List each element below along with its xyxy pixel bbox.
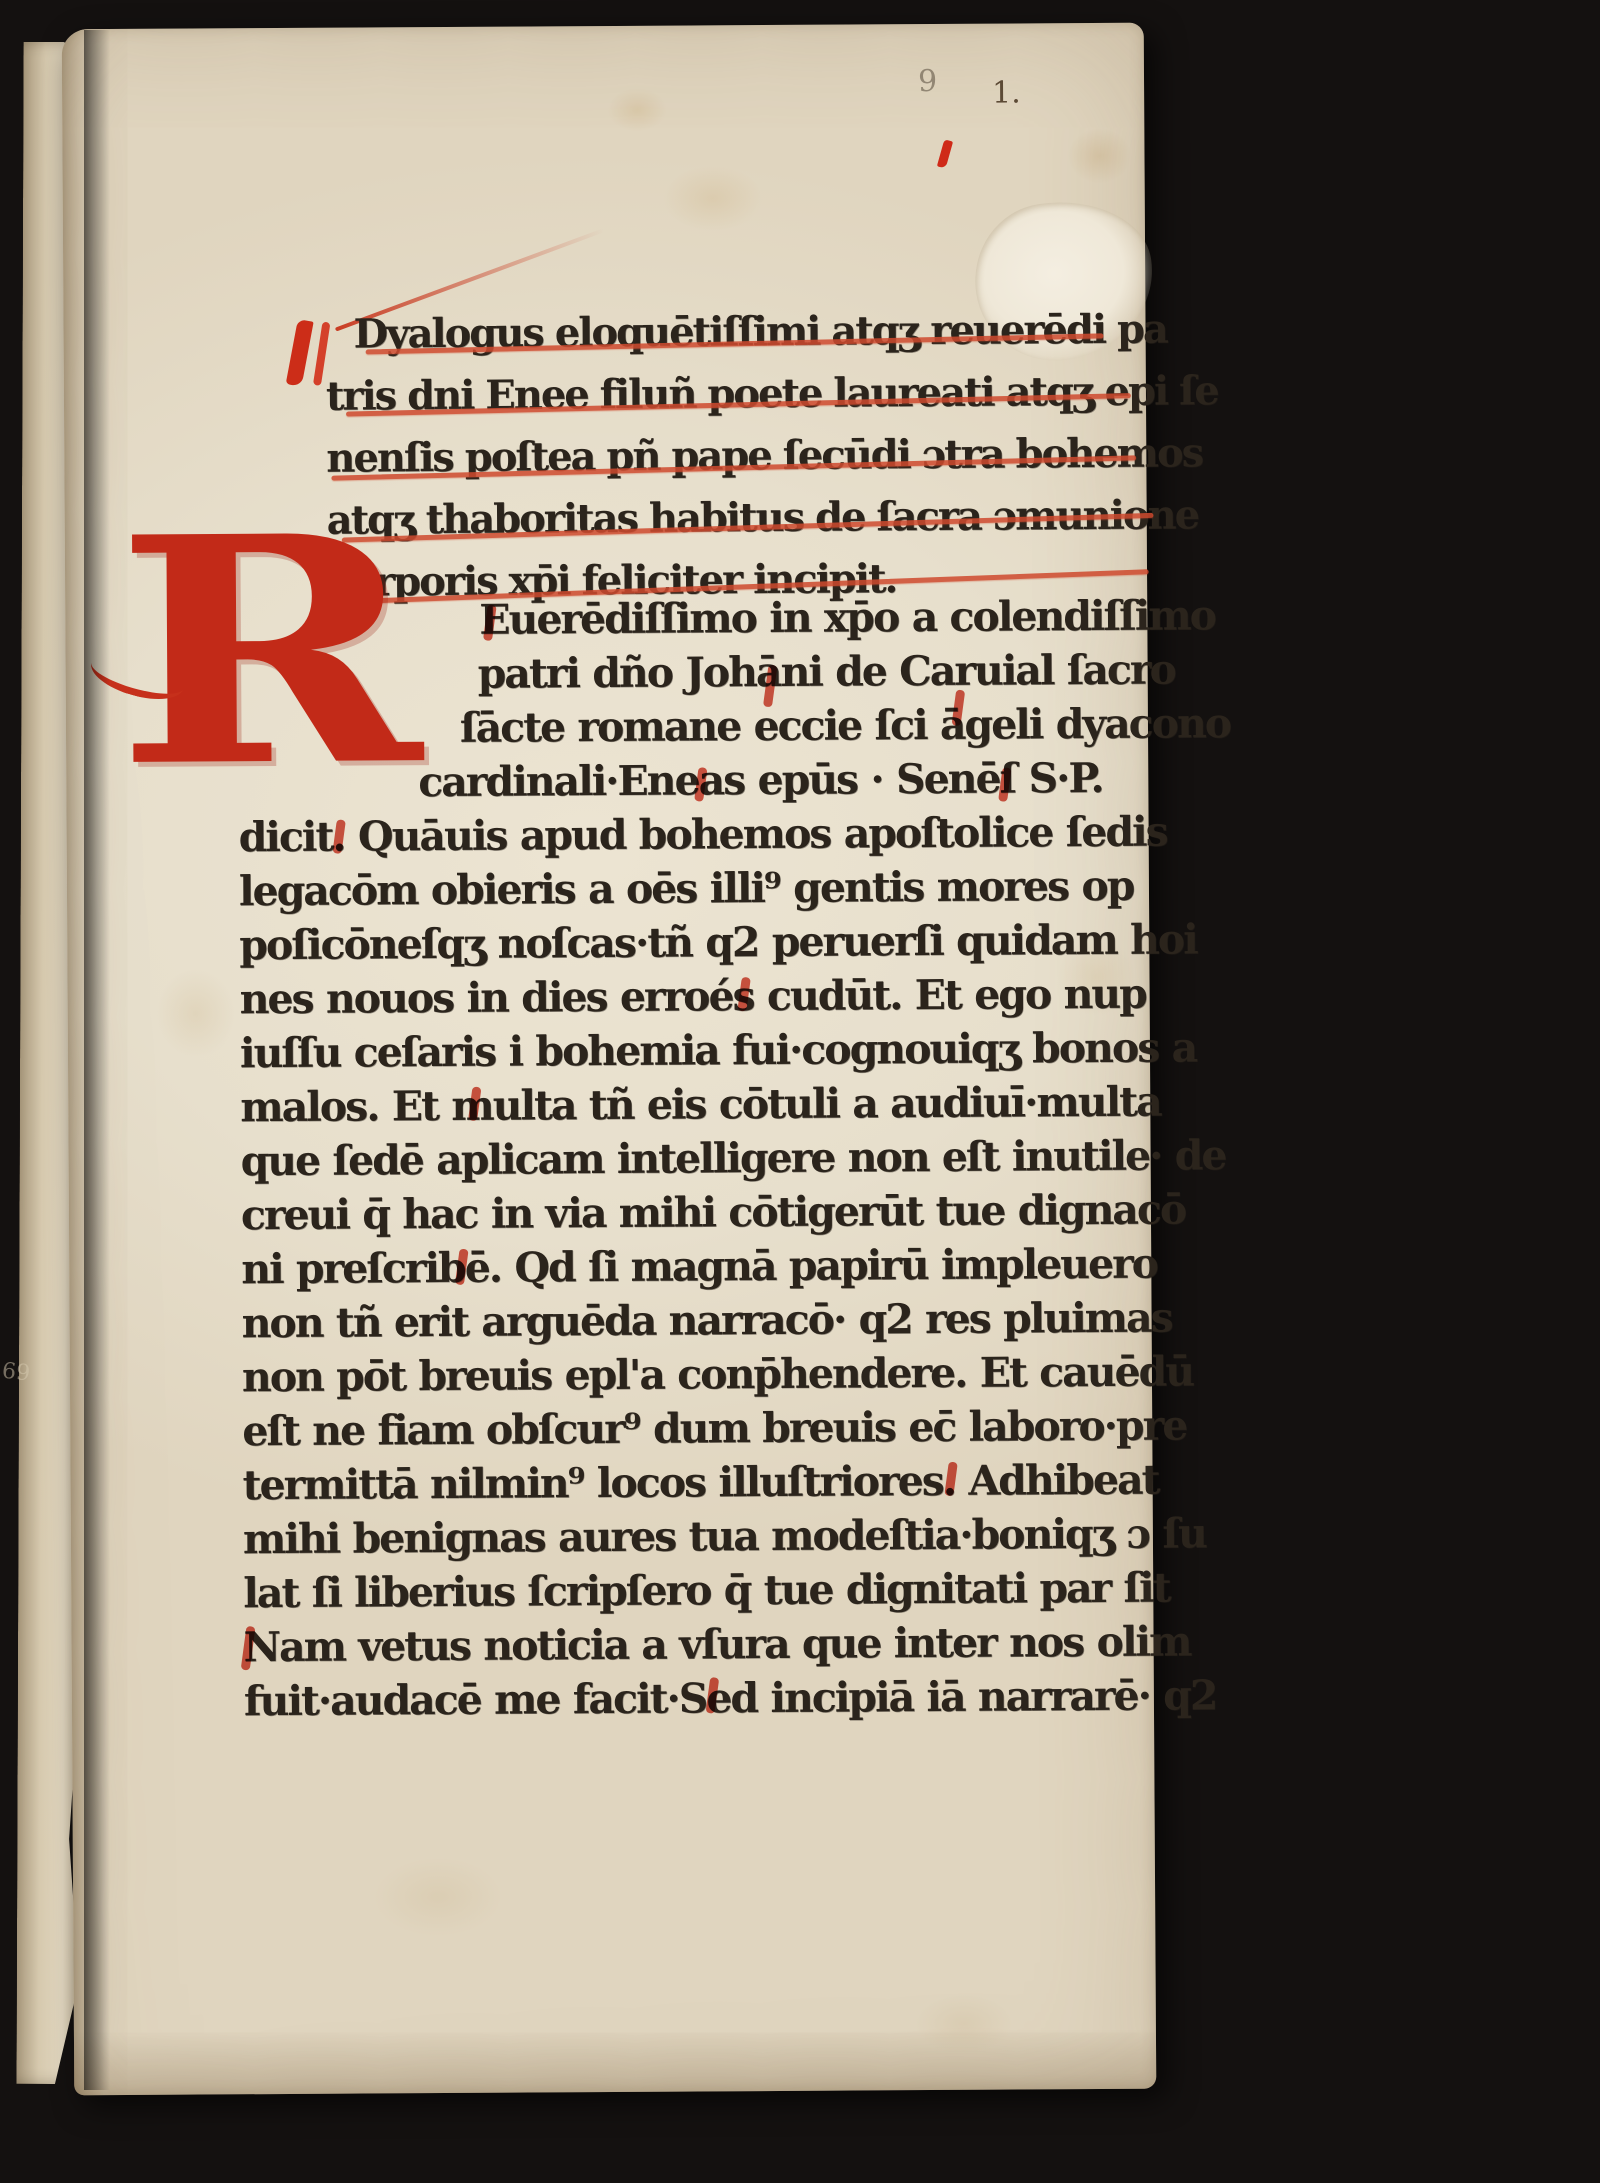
body-text-line: ni preſcribē. Qd ſi magnā papirū impleue…	[241, 1237, 1141, 1296]
foxing-stain	[1067, 128, 1131, 184]
body-text-line: termittā nilmin⁹ locos illuſtriores. Adh…	[242, 1453, 1142, 1512]
foxing-stain	[607, 88, 667, 132]
body-text-line: fuit·audacē me facit·Sed incipiā iā narr…	[244, 1669, 1144, 1728]
body-text-line: legacōm obieris a oēs illi⁹ gentis mores…	[239, 859, 1139, 918]
heading-line: Dyalogus eloquētiſſimi atqʒ reuerēdi pa	[325, 299, 1145, 366]
gutter-shadow	[84, 30, 110, 2090]
foxing-stain	[155, 968, 236, 1058]
body-text-line: ſācte romane eccie ſci āgeli dyacono	[460, 697, 1138, 755]
body-text-line: malos. Et multa tñ eis cōtuli a audiuī·m…	[240, 1075, 1140, 1134]
heading-line: nenſis poſtea pñ pape ſecūdi ɔtra bohemo…	[326, 423, 1146, 490]
ink-foliation-number: 1.	[992, 75, 1021, 110]
foxing-stain	[914, 1994, 1014, 2055]
body-text-line: nes nouos in dies erroés cudūt. Et ego n…	[239, 967, 1139, 1026]
body-text-line: patri dño Johāni de Caruial ſacro	[477, 643, 1137, 701]
body-text-line: que ſedē aplicam intelligere non eſt inu…	[240, 1129, 1140, 1188]
pencil-foliation-mark: 9	[918, 64, 937, 99]
body-text-line: dicit. Quāuis apud bohemos apoſtolice ſe…	[238, 805, 1138, 864]
left-edge-inscription: 69	[1, 1359, 31, 1387]
body-text-line: Nam vetus noticia a vſura que inter nos …	[243, 1615, 1143, 1674]
body-text-line: eſt ne fiam obſcur⁹ dum breuis ec̄ labor…	[242, 1399, 1142, 1458]
body-text-line: Euerēdiſſimo in xp̄o a colendiſſimo	[479, 589, 1137, 647]
incipit-heading: Dyalogus eloquētiſſimi atqʒ reuerēdi pa …	[325, 299, 1147, 614]
body-text-line: lat ſi liberius ſcripſero q̄ tue dignita…	[243, 1561, 1143, 1620]
heading-line: tris dni Enee filuñ poete laureati atqʒ …	[326, 361, 1146, 428]
foxing-stain	[373, 1857, 503, 1938]
red-margin-tick	[937, 139, 953, 168]
body-text-line: iuſſu ceſaris i bohemia fui·cognouiqʒ bo…	[240, 1021, 1140, 1080]
body-text-line: non tñ erit arguēda narracō· q2 res plui…	[241, 1291, 1141, 1350]
body-text-line: non pōt breuis epl'a conp̄hendere. Et ca…	[242, 1345, 1142, 1404]
body-text-line: poſicōneſqʒ noſcas·tñ q2 peruerſi quidam…	[239, 913, 1139, 972]
body-text-line: cardinali·Eneas epūs · Senēſ S·P.	[418, 751, 1138, 809]
body-text: Euerēdiſſimo in xp̄o a colendiſſimo patr…	[237, 589, 1144, 1728]
paraph-mark	[286, 319, 314, 387]
body-text-line: mihi benignas aures tua modeſtia·boniqʒ …	[243, 1507, 1143, 1566]
foxing-stain	[663, 165, 763, 232]
body-text-line: creui q̄ hac in via mihi cōtigerūt tue d…	[241, 1183, 1141, 1242]
manuscript-page: 9 1. Dyalogus eloquētiſſimi atqʒ reuerēd…	[62, 23, 1157, 2096]
